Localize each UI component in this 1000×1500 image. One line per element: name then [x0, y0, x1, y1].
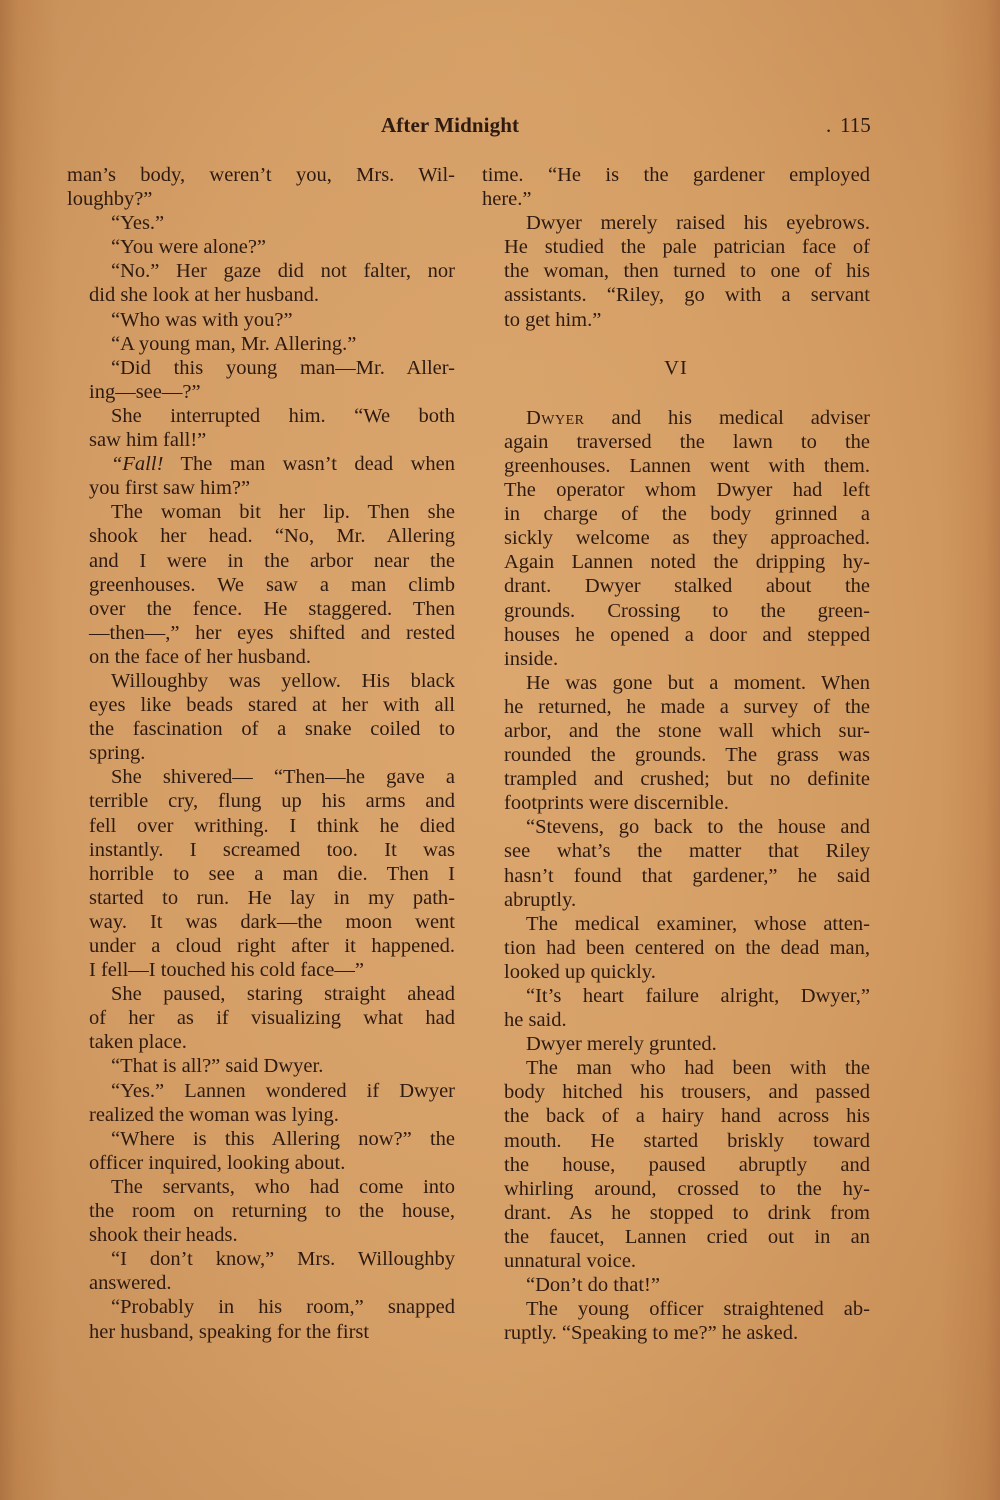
text-line: assistants. “Riley, go with a servant — [482, 283, 870, 307]
text-line: shook their heads. — [67, 1223, 455, 1247]
text-line: the fascination of a snake coiled to — [67, 717, 455, 741]
paragraph: Dwyer and his medical adviseragain trave… — [482, 406, 870, 671]
text-line: trampled and crushed; but no definite — [482, 767, 870, 791]
text-line: the room on returning to the house, — [67, 1199, 455, 1223]
text-line: here.” — [482, 187, 870, 211]
paragraph: She interrupted him. “We bothsaw him fal… — [67, 404, 455, 452]
text-line: horrible to see a man die. Then I — [67, 862, 455, 886]
paragraph: man’s body, weren’t you, Mrs. Wil-loughb… — [67, 163, 455, 211]
paragraph: The woman bit her lip. Then sheshook her… — [67, 500, 455, 669]
text-line: you first saw him?” — [67, 476, 455, 500]
text-line: over the fence. He staggered. Then — [67, 597, 455, 621]
text-line: hasn’t found that gardener,” he said — [482, 864, 870, 888]
text-line: realized the woman was lying. — [67, 1103, 455, 1127]
text-line: She paused, staring straight ahead — [67, 982, 455, 1006]
text-line: “Fall! The man wasn’t dead when — [67, 452, 455, 476]
text-line: he returned, he made a survey of the — [482, 695, 870, 719]
text-line: footprints were discernible. — [482, 791, 870, 815]
text-line: “Probably in his room,” snapped — [67, 1295, 455, 1319]
text-line: arbor, and the stone wall which sur- — [482, 719, 870, 743]
text-line: “Yes.” — [67, 211, 455, 235]
paragraph: “A young man, Mr. Allering.” — [67, 332, 455, 356]
text-line: greenhouses. We saw a man climb — [67, 573, 455, 597]
paragraph: “Did this young man—Mr. Aller-ing—see—?” — [67, 356, 455, 404]
text-line: drant. Dwyer stalked about the — [482, 574, 870, 598]
text-line: “I don’t know,” Mrs. Willoughby — [67, 1247, 455, 1271]
right-column: time. “He is the gardener employedhere.”… — [482, 163, 870, 1345]
paragraph: “Fall! The man wasn’t dead whenyou first… — [67, 452, 455, 500]
text-line: see what’s the matter that Riley — [482, 839, 870, 863]
paragraph: “You were alone?” — [67, 235, 455, 259]
text-line: he said. — [482, 1008, 870, 1032]
text-line: unnatural voice. — [482, 1249, 870, 1273]
text-line: “That is all?” said Dwyer. — [67, 1054, 455, 1078]
paragraph: “Don’t do that!” — [482, 1273, 870, 1297]
text-line: houses he opened a door and stepped — [482, 623, 870, 647]
text-line: Dwyer and his medical adviser — [482, 406, 870, 430]
paragraph: “Yes.” Lannen wondered if Dwyerrealized … — [67, 1079, 455, 1127]
text-line: loughby?” — [67, 187, 455, 211]
text-line: The medical examiner, whose atten- — [482, 912, 870, 936]
text-line: way. It was dark—the moon went — [67, 910, 455, 934]
text-line: taken place. — [67, 1030, 455, 1054]
paragraph: “Who was with you?” — [67, 308, 455, 332]
text-line: the house, paused abruptly and — [482, 1153, 870, 1177]
text-line: Dwyer merely raised his eyebrows. — [482, 211, 870, 235]
text-line: sickly welcome as they approached. — [482, 526, 870, 550]
text-line: rounded the grounds. The grass was — [482, 743, 870, 767]
text-line: The man who had been with the — [482, 1056, 870, 1080]
text-line: saw him fall!” — [67, 428, 455, 452]
page-number: 115 — [840, 113, 871, 138]
paragraph: “It’s heart failure alright, Dwyer,”he s… — [482, 984, 870, 1032]
book-page: After Midnight . 115 man’s body, weren’t… — [0, 0, 1000, 1500]
right-column-before-section: time. “He is the gardener employedhere.”… — [482, 163, 870, 332]
paragraph: “Stevens, go back to the house andsee wh… — [482, 815, 870, 911]
text-line: drant. As he stopped to drink from — [482, 1201, 870, 1225]
text-line: started to run. He lay in my path- — [67, 886, 455, 910]
text-line: The young officer straightened ab- — [482, 1297, 870, 1321]
paragraph: Willoughby was yellow. His blackeyes lik… — [67, 669, 455, 765]
text-line: body hitched his trousers, and passed — [482, 1080, 870, 1104]
text-line: her husband, speaking for the first — [67, 1320, 455, 1344]
text-line: “Who was with you?” — [67, 308, 455, 332]
paragraph: “Where is this Allering now?” theofficer… — [67, 1127, 455, 1175]
running-title: After Midnight — [381, 113, 519, 138]
text-line: instantly. I screamed too. It was — [67, 838, 455, 862]
text-line: “Did this young man—Mr. Aller- — [67, 356, 455, 380]
text-line: “A young man, Mr. Allering.” — [67, 332, 455, 356]
left-column: man’s body, weren’t you, Mrs. Wil-loughb… — [67, 163, 455, 1344]
text-line: “It’s heart failure alright, Dwyer,” — [482, 984, 870, 1008]
text-line: answered. — [67, 1271, 455, 1295]
paragraph: She paused, staring straight aheadof her… — [67, 982, 455, 1054]
text-line: looked up quickly. — [482, 960, 870, 984]
text-line: tion had been centered on the dead man, — [482, 936, 870, 960]
text-line: She shivered— “Then—he gave a — [67, 765, 455, 789]
text-line: Dwyer merely grunted. — [482, 1032, 870, 1056]
text-line: time. “He is the gardener employed — [482, 163, 870, 187]
text-line: He studied the pale patrician face of — [482, 235, 870, 259]
page-dot: . — [826, 113, 831, 138]
paragraph: “Yes.” — [67, 211, 455, 235]
paragraph: “No.” Her gaze did not falter, nordid sh… — [67, 259, 455, 307]
text-line: eyes like beads stared at her with all — [67, 693, 455, 717]
text-line: fell over writhing. I think he died — [67, 814, 455, 838]
text-line: the woman, then turned to one of his — [482, 259, 870, 283]
paragraph: Dwyer merely raised his eyebrows.He stud… — [482, 211, 870, 331]
text-line: man’s body, weren’t you, Mrs. Wil- — [67, 163, 455, 187]
text-line: terrible cry, flung up his arms and — [67, 789, 455, 813]
paragraph: She shivered— “Then—he gave aterrible cr… — [67, 765, 455, 982]
text-line: She interrupted him. “We both — [67, 404, 455, 428]
text-line: “Don’t do that!” — [482, 1273, 870, 1297]
text-line: did she look at her husband. — [67, 283, 455, 307]
text-line: abruptly. — [482, 888, 870, 912]
text-line: The woman bit her lip. Then she — [67, 500, 455, 524]
text-line: spring. — [67, 741, 455, 765]
text-line: “Stevens, go back to the house and — [482, 815, 870, 839]
paragraph: “I don’t know,” Mrs. Willoughbyanswered. — [67, 1247, 455, 1295]
text-line: of her as if visualizing what had — [67, 1006, 455, 1030]
text-line: the back of a hairy hand across his — [482, 1104, 870, 1128]
text-line: —then—,” her eyes shifted and rested — [67, 621, 455, 645]
text-line: mouth. He started briskly toward — [482, 1129, 870, 1153]
paragraph: The servants, who had come intothe room … — [67, 1175, 455, 1247]
text-line: I fell—I touched his cold face—” — [67, 958, 455, 982]
text-line: whirling around, crossed to the hy- — [482, 1177, 870, 1201]
text-line: again traversed the lawn to the — [482, 430, 870, 454]
text-line: grounds. Crossing to the green- — [482, 599, 870, 623]
paragraph: The medical examiner, whose atten-tion h… — [482, 912, 870, 984]
section-number: VI — [482, 356, 870, 380]
text-line: ing—see—?” — [67, 380, 455, 404]
paragraph: The man who had been with thebody hitche… — [482, 1056, 870, 1273]
text-line: under a cloud right after it happened. — [67, 934, 455, 958]
text-line: “You were alone?” — [67, 235, 455, 259]
paragraph: “That is all?” said Dwyer. — [67, 1054, 455, 1078]
text-line: on the face of her husband. — [67, 645, 455, 669]
text-line: and I were in the arbor near the — [67, 549, 455, 573]
text-line: Again Lannen noted the dripping hy- — [482, 550, 870, 574]
paragraph: Dwyer merely grunted. — [482, 1032, 870, 1056]
text-line: inside. — [482, 647, 870, 671]
text-line: “Yes.” Lannen wondered if Dwyer — [67, 1079, 455, 1103]
text-line: to get him.” — [482, 308, 870, 332]
text-line: greenhouses. Lannen went with them. — [482, 454, 870, 478]
paragraph: time. “He is the gardener employedhere.” — [482, 163, 870, 211]
text-line: the faucet, Lannen cried out in an — [482, 1225, 870, 1249]
text-line: He was gone but a moment. When — [482, 671, 870, 695]
text-line: The servants, who had come into — [67, 1175, 455, 1199]
text-line: in charge of the body grinned a — [482, 502, 870, 526]
text-line: Willoughby was yellow. His black — [67, 669, 455, 693]
running-head: After Midnight . 115 — [0, 113, 1000, 143]
text-line: The operator whom Dwyer had left — [482, 478, 870, 502]
text-line: “No.” Her gaze did not falter, nor — [67, 259, 455, 283]
paragraph: “Probably in his room,” snappedher husba… — [67, 1295, 455, 1343]
text-line: shook her head. “No, Mr. Allering — [67, 524, 455, 548]
text-line: “Where is this Allering now?” the — [67, 1127, 455, 1151]
text-line: officer inquired, looking about. — [67, 1151, 455, 1175]
paragraph: He was gone but a moment. Whenhe returne… — [482, 671, 870, 816]
paragraph: The young officer straightened ab-ruptly… — [482, 1297, 870, 1345]
right-column-after-section: Dwyer and his medical adviseragain trave… — [482, 406, 870, 1346]
text-line: ruptly. “Speaking to me?” he asked. — [482, 1321, 870, 1345]
